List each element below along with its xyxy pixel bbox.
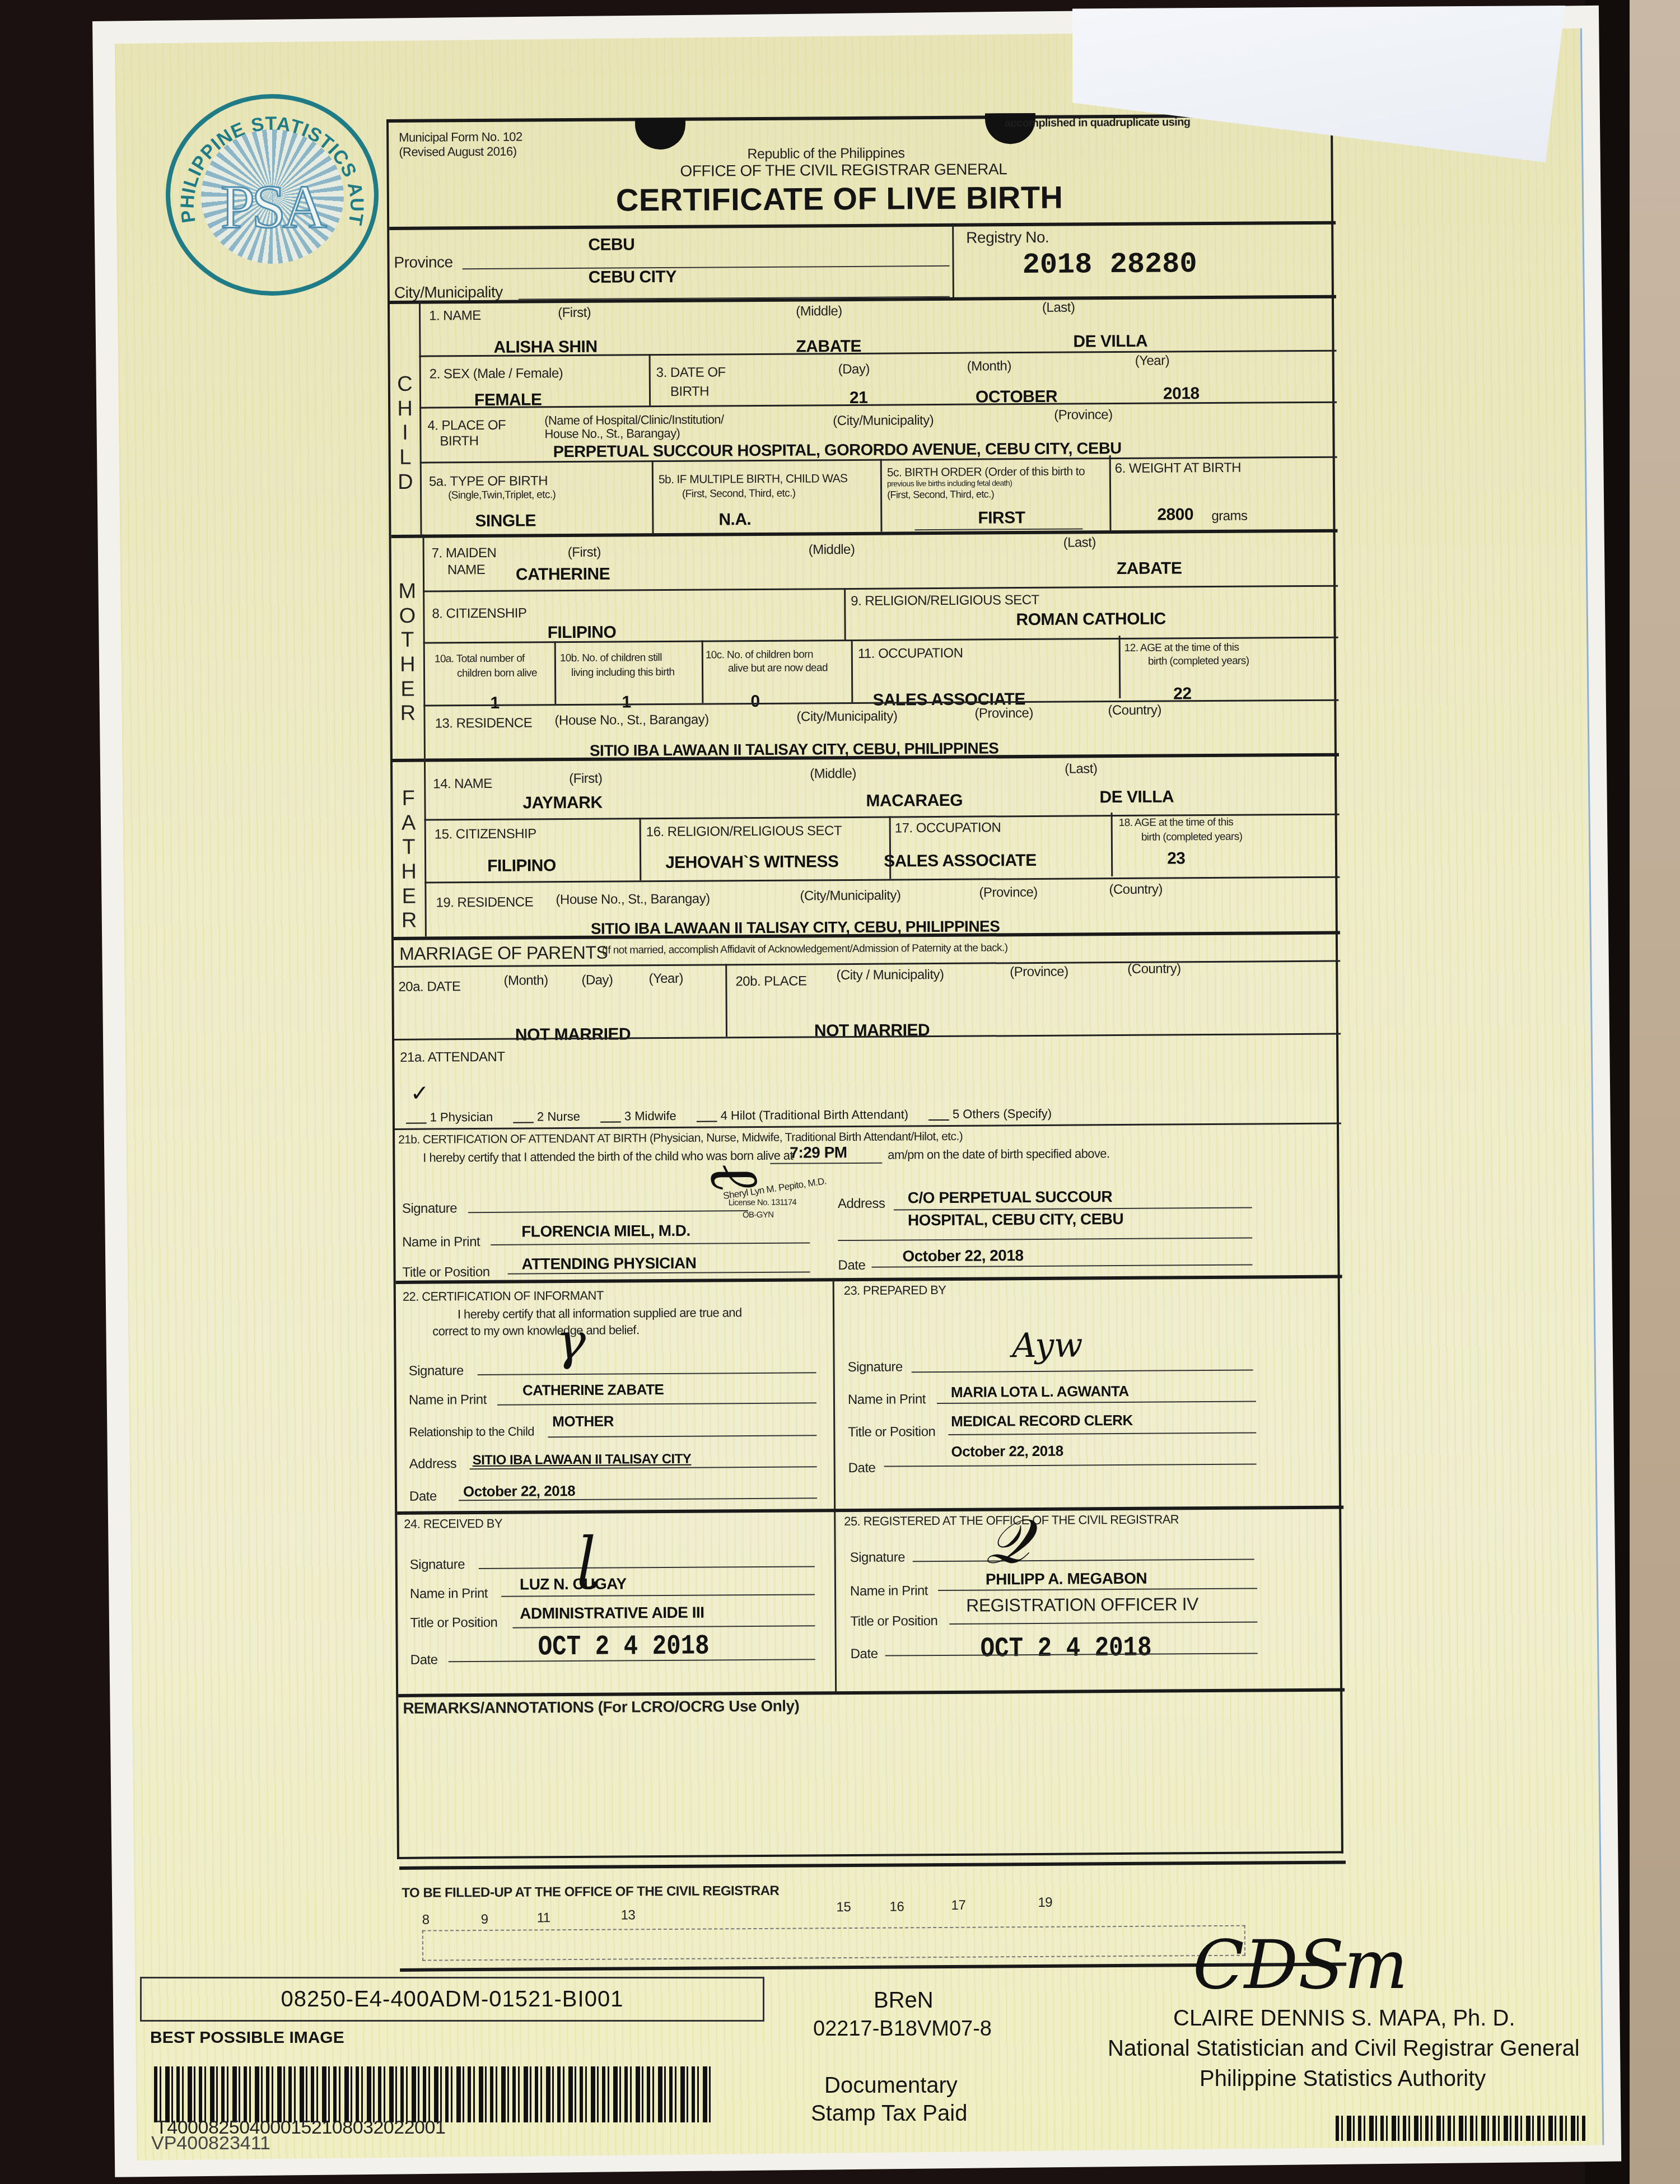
receiver-name: LUZ N. CUGAY [520, 1575, 627, 1593]
divider [952, 223, 954, 299]
multiple-birth-label: 5b. IF MULTIPLE BIRTH, CHILD WAS [659, 472, 848, 487]
certificate-title: CERTIFICATE OF LIVE BIRTH [616, 179, 1063, 218]
mother-last-name: ZABATE [1117, 559, 1182, 578]
c10c-label: 10c. No. of children born [706, 648, 813, 662]
marriage-date: NOT MARRIED [515, 1025, 631, 1044]
attendant-statement-post: am/pm on the date of birth specified abo… [888, 1146, 1109, 1163]
attendant-address-2: HOSPITAL, CEBU CITY, CEBU [908, 1210, 1123, 1229]
preparer-signature: Ayw [1012, 1326, 1083, 1365]
father-age-label-2: birth (completed years) [1141, 831, 1243, 844]
attendant-option-others[interactable]: 5 Others (Specify) [928, 1107, 1052, 1122]
mother-age-label: 12. AGE at the time of this [1124, 642, 1239, 655]
birth-order: FIRST [978, 508, 1025, 528]
father-occupation-label: 17. OCCUPATION [895, 820, 1001, 836]
year-label: (Year) [1135, 353, 1170, 368]
stamp-tax-line-1: Documentary [824, 2073, 958, 2098]
underline [548, 1435, 816, 1438]
province-label: Province [394, 253, 452, 272]
birth-certificate-form: Municipal Form No. 102 (Revised August 2… [386, 115, 1343, 1859]
first-label: (First) [558, 305, 591, 321]
children-born-alive: 1 [490, 694, 499, 713]
psa-seal: PHILIPPINE STATISTICS AUTHORITY PSA [166, 94, 379, 296]
divider [396, 1275, 1342, 1284]
signature-label: Signature [848, 1359, 903, 1375]
divider [424, 876, 1340, 884]
registrar-date-stamp: OCT 2 4 2018 [981, 1632, 1152, 1665]
date-label: Date [410, 1652, 438, 1668]
seal-monogram: PSA [170, 171, 374, 242]
title-label: Title or Position [850, 1613, 937, 1630]
father-citizenship-label: 15. CITIZENSHIP [435, 826, 536, 842]
c10a-label-2: children born alive [457, 667, 537, 680]
divider [423, 585, 1338, 592]
divider [554, 641, 557, 704]
marriage-date-label: 20a. DATE [398, 979, 460, 995]
children-now-dead: 0 [750, 692, 759, 711]
marriage-place-label: 20b. PLACE [735, 973, 806, 990]
date-label: Date [851, 1646, 878, 1662]
underline [838, 1238, 1252, 1242]
attendant-option-physician[interactable]: 1 Physician [406, 1110, 493, 1125]
divider [389, 221, 1336, 230]
stamp-tax-line-2: Stamp Tax Paid [811, 2101, 967, 2126]
underline [478, 1372, 816, 1375]
divider [423, 535, 426, 759]
house-label: (House No., St., Barangay) [554, 712, 708, 729]
attendant-title: ATTENDING PHYSICIAN [521, 1254, 696, 1273]
day-label: (Day) [838, 362, 870, 377]
document-id-box: 08250-E4-400ADM-01521-BI001 [140, 1977, 764, 2022]
divider [833, 1278, 837, 1692]
top-note: accomplished in quadruplicate using [1005, 115, 1190, 130]
type-of-birth-label: 5a. TYPE OF BIRTH [429, 473, 548, 489]
doctor-stamp-specialty: OB-GYN [743, 1210, 774, 1220]
divider [1111, 813, 1113, 876]
father-side-label: FATHER [395, 787, 423, 934]
birth-weight: 2800 [1157, 505, 1193, 524]
informant-name: CATHERINE ZABATE [522, 1381, 664, 1399]
name-label: Name in Print [850, 1583, 928, 1599]
receiver-title: ADMINISTRATIVE AIDE III [520, 1604, 704, 1623]
mother-name-label: 7. MAIDEN [432, 545, 497, 562]
registrar-fill-label: TO BE FILLED-UP AT THE OFFICE OF THE CIV… [402, 1883, 779, 1901]
birth-year: 2018 [1163, 384, 1200, 403]
registry-number: 2018 28280 [1022, 248, 1197, 282]
attendant-option-nurse[interactable]: 2 Nurse [513, 1109, 580, 1124]
city-label: (City/Municipality) [796, 708, 897, 725]
informant-statement: I hereby certify that all information su… [458, 1305, 742, 1322]
republic-line: Republic of the Philippines [747, 145, 904, 162]
receiver-date-stamp: OCT 2 4 2018 [538, 1631, 709, 1664]
name-label: Name in Print [402, 1234, 480, 1250]
pob-label-2: BIRTH [440, 433, 478, 449]
mother-residence-label: 13. RESIDENCE [435, 715, 532, 731]
father-residence-label: 19. RESIDENCE [436, 894, 533, 911]
registrar-name: PHILIPP A. MEGABON [986, 1570, 1147, 1589]
divider [1109, 455, 1112, 530]
divider [419, 301, 422, 535]
remarks-label: REMARKS/ANNOTATIONS (For LCRO/OCRG Use O… [403, 1697, 799, 1718]
barcode-icon [154, 2066, 714, 2122]
c10b-label: 10b. No. of children still [560, 652, 662, 665]
signatory-name: CLAIRE DENNIS S. MAPA, Ph. D. [1173, 2006, 1515, 2031]
divider [397, 1506, 1343, 1515]
mother-age-label-2: birth (completed years) [1148, 655, 1249, 669]
preparer-title: MEDICAL RECORD CLERK [951, 1412, 1133, 1430]
first-label: (First) [568, 545, 601, 561]
first-label: (First) [569, 771, 602, 787]
divider [652, 460, 654, 533]
month-label: (Month) [967, 358, 1011, 374]
form-number: Municipal Form No. 102 [399, 130, 522, 146]
underline [491, 1242, 810, 1245]
underline [479, 1566, 815, 1569]
birth-order-sub: previous live births including fetal dea… [887, 478, 1012, 488]
c10b-label-2: living including this birth [571, 666, 675, 680]
code-number: 16 [889, 1899, 904, 1915]
weight-label: 6. WEIGHT AT BIRTH [1115, 460, 1241, 477]
attendant-date: October 22, 2018 [902, 1247, 1023, 1265]
relationship-label: Relationship to the Child [409, 1424, 534, 1440]
title-label: Title or Position [402, 1264, 489, 1281]
signatory-org: Philippine Statistics Authority [1200, 2066, 1486, 2092]
office-line: OFFICE OF THE CIVIL REGISTRAR GENERAL [680, 160, 1007, 180]
checkmark-icon: ✓ [410, 1081, 429, 1107]
code-number: 17 [951, 1898, 965, 1914]
address-label: Address [409, 1456, 457, 1472]
type-of-birth: SINGLE [475, 511, 536, 531]
pob-province-label: (Province) [1054, 407, 1113, 423]
name-label: Name in Print [409, 1392, 487, 1408]
preparer-name: MARIA LOTA L. AGWANTA [951, 1383, 1129, 1401]
mother-citizenship: FILIPINO [547, 623, 616, 643]
city-label: City/Municipality [394, 283, 503, 302]
underline [912, 1370, 1253, 1373]
marriage-title: MARRIAGE OF PARENTS [399, 942, 608, 964]
pob-city-label: (City/Municipality) [833, 413, 934, 429]
attendant-option-hilot[interactable]: 4 Hilot (Traditional Birth Attendant) [697, 1107, 908, 1123]
children-still-living: 1 [622, 693, 631, 712]
name-label: Name in Print [848, 1392, 926, 1408]
preparer-date: October 22, 2018 [951, 1443, 1063, 1460]
underline [949, 1622, 1257, 1625]
type-of-birth-sub: (Single,Twin,Triplet, etc.) [448, 489, 556, 502]
birth-order-label: 5c. BIRTH ORDER (Order of this birth to [887, 464, 1085, 479]
divider [419, 402, 1337, 409]
underline [770, 1163, 882, 1164]
underline [913, 1559, 1254, 1562]
code-number: 19 [1038, 1895, 1052, 1911]
mother-first-name: CATHERINE [516, 565, 610, 585]
attendant-certification-label: 21b. CERTIFICATION OF ATTENDANT AT BIRTH… [398, 1130, 963, 1147]
informant-signature: γ [556, 1312, 586, 1371]
weight-unit: grams [1211, 508, 1247, 524]
birth-order-sub-2: (First, Second, Third, etc.) [887, 488, 994, 501]
father-citizenship: FILIPINO [487, 856, 556, 876]
registrar-general-signature: CDSm [1193, 1926, 1408, 2004]
middle-label: (Middle) [796, 304, 842, 320]
divider [880, 459, 883, 532]
country-label: (Country) [1127, 961, 1181, 977]
title-label: Title or Position [848, 1424, 935, 1440]
child-last-name: DE VILLA [1073, 332, 1147, 352]
doctor-stamp-license: License No. 131174 [729, 1198, 797, 1208]
province-label: (Province) [1010, 964, 1068, 981]
father-age: 23 [1167, 849, 1186, 868]
city-value: CEBU CITY [589, 268, 676, 287]
mother-religion-label: 9. RELIGION/RELIGIOUS SECT [851, 592, 1039, 609]
mother-citizenship-label: 8. CITIZENSHIP [432, 605, 526, 622]
punch-mark-left [635, 119, 685, 150]
divider [844, 588, 846, 641]
divider [640, 818, 642, 880]
title-label: Title or Position [410, 1615, 497, 1631]
attendant-options: 1 Physician 2 Nurse 3 Midwife 4 Hilot (T… [406, 1107, 1052, 1125]
province-label: (Province) [979, 885, 1038, 901]
underline [463, 265, 950, 269]
attendant-address-1: C/O PERPETUAL SUCCOUR [908, 1188, 1113, 1207]
attendant-option-midwife[interactable]: 3 Midwife [600, 1109, 676, 1124]
code-number: 15 [836, 1900, 851, 1915]
month-label: (Month) [503, 973, 548, 988]
father-occupation: SALES ASSOCIATE [884, 851, 1037, 871]
middle-label: (Middle) [809, 542, 855, 558]
father-name-label: 14. NAME [433, 776, 492, 792]
registrar-code-boxes [422, 1925, 1245, 1961]
best-image-label: BEST POSSIBLE IMAGE [150, 2028, 344, 2047]
time-of-birth: 7:29 PM [790, 1144, 847, 1162]
city-label: (City/Municipality) [800, 888, 900, 904]
prepared-by-label: 23. PREPARED BY [844, 1283, 946, 1299]
attendant-label: 21a. ATTENDANT [400, 1049, 505, 1066]
bren-code: 02217-B18VM07-8 [813, 2017, 992, 2041]
mother-occupation-label: 11. OCCUPATION [858, 646, 963, 662]
signature-label: Signature [402, 1201, 457, 1217]
informant-date: October 22, 2018 [463, 1482, 575, 1500]
city-label: (City / Municipality) [836, 967, 944, 983]
code-number: 8 [422, 1912, 430, 1928]
underline [468, 1210, 748, 1213]
c10a-label: 10a. Total number of [435, 653, 525, 666]
sex-label: 2. SEX (Male / Female) [430, 366, 563, 382]
underline [914, 528, 1082, 530]
last-label: (Last) [1065, 761, 1098, 777]
father-first-name: JAYMARK [522, 794, 602, 813]
informant-relationship: MOTHER [552, 1413, 614, 1431]
underline [501, 1594, 815, 1597]
father-religion: JEHOVAH`S WITNESS [665, 852, 839, 872]
pob-sub-label-2: House No., St., Barangay) [544, 426, 680, 442]
underline [937, 1401, 1256, 1404]
province-value: CEBU [588, 235, 634, 255]
underline [884, 1464, 1257, 1467]
day-label: (Day) [581, 973, 613, 988]
mother-name-label-2: NAME [447, 562, 486, 578]
father-last-name: DE VILLA [1099, 787, 1174, 807]
code-number: 9 [481, 1912, 488, 1928]
dob-label: 3. DATE OF [656, 365, 726, 381]
registry-label: Registry No. [966, 228, 1049, 247]
date-label: Date [409, 1488, 437, 1504]
country-label: (Country) [1109, 882, 1163, 898]
divider [649, 354, 651, 405]
divider [725, 964, 727, 1037]
divider [702, 641, 704, 703]
marriage-note: (If not married, accomplish Affidavit of… [602, 942, 1007, 957]
father-age-label: 18. AGE at the time of this [1119, 816, 1234, 830]
informant-address: SITIO IBA LAWAAN II TALISAY CITY [473, 1452, 692, 1468]
attendant-name: FLORENCIA MIEL, M.D. [521, 1222, 690, 1241]
small-barcode-icon [1336, 2116, 1588, 2141]
divider [398, 1688, 1345, 1697]
bren-label: BReN [874, 1988, 934, 2013]
year-label: (Year) [648, 971, 683, 987]
date-label: Date [848, 1460, 876, 1476]
father-religion-label: 16. RELIGION/RELIGIOUS SECT [646, 823, 842, 840]
divider [424, 759, 427, 937]
mother-side-label: MOTHER [394, 580, 422, 726]
father-middle-name: MACARAEG [866, 791, 963, 811]
mother-religion: ROMAN CATHOLIC [1016, 610, 1166, 630]
multiple-birth: N.A. [718, 510, 751, 529]
form-revised: (Revised August 2016) [399, 144, 516, 160]
house-label: (House No., St., Barangay) [556, 891, 710, 908]
country-label: (Country) [1108, 703, 1161, 719]
last-label: (Last) [1042, 300, 1075, 315]
underline [497, 1402, 816, 1405]
code-number: 13 [621, 1907, 636, 1923]
signature-label: Signature [409, 1363, 464, 1379]
pob-label: 4. PLACE OF [427, 418, 506, 434]
underline [948, 1432, 1256, 1435]
divider [851, 640, 853, 702]
vp-code: VP40082341​1 [151, 2132, 270, 2154]
multiple-birth-sub: (First, Second, Third, etc.) [682, 488, 796, 501]
date-label: Date [838, 1258, 865, 1273]
received-by-label: 24. RECEIVED BY [404, 1516, 502, 1532]
province-label: (Province) [974, 706, 1033, 722]
registrar-title: REGISTRATION OFFICER IV [966, 1594, 1198, 1616]
code-number: 11 [537, 1910, 550, 1926]
address-label: Address [838, 1196, 885, 1212]
signature-label: Signature [850, 1550, 905, 1566]
child-side-label: CHILD [391, 372, 419, 495]
c10c-label-2: alive but are now dead [728, 662, 828, 675]
divider [1119, 636, 1121, 698]
signature-label: Signature [410, 1557, 465, 1573]
informant-statement-2: correct to my own knowledge and belief. [432, 1323, 639, 1339]
registrar-signature: 𝒬 [985, 1505, 1030, 1578]
child-name-label: 1. NAME [429, 308, 481, 324]
dob-label-2: BIRTH [670, 384, 709, 399]
last-label: (Last) [1063, 535, 1096, 550]
middle-label: (Middle) [810, 766, 856, 782]
name-label: Name in Print [410, 1586, 488, 1602]
signatory-title: National Statistician and Civil Registra… [1108, 2036, 1580, 2061]
informant-label: 22. CERTIFICATION OF INFORMANT [403, 1289, 604, 1305]
underline [512, 1625, 815, 1628]
